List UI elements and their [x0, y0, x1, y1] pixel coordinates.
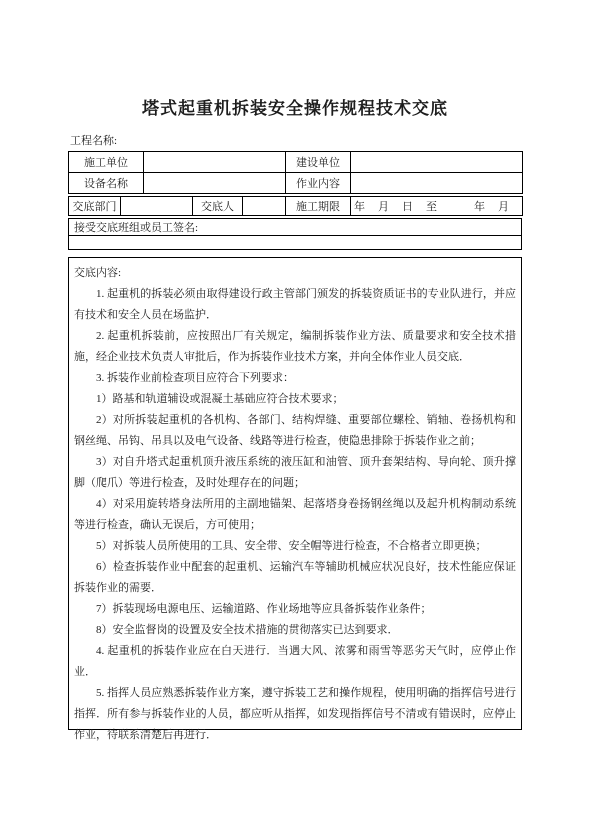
client-unit-field — [351, 152, 523, 173]
equipment-name-field — [144, 173, 286, 194]
discloser-label: 交底人 — [193, 197, 243, 216]
client-unit-label: 建设单位 — [286, 152, 351, 173]
document-title: 塔式起重机拆装安全操作规程技术交底 — [0, 0, 590, 121]
content-paragraph: 3）对自升塔式起重机顶升液压系统的液压缸和油管、顶升套架结构、导向轮、顶升撑脚（… — [74, 452, 516, 494]
content-paragraph: 4）对采用旋转塔身法所用的主副地锚架、起落塔身卷扬钢丝绳以及起升机构制动系统等进… — [74, 494, 516, 536]
work-content-label: 作业内容 — [286, 173, 351, 194]
construction-period-value: 年 月 日 至 年 月 日 — [351, 197, 523, 216]
table-row: 设备名称 作业内容 — [69, 173, 523, 194]
discloser-field — [243, 197, 286, 216]
content-paragraph: 1. 起重机的拆装必须由取得建设行政主管部门颁发的拆装资质证书的专业队进行，并应… — [74, 284, 516, 326]
construction-period-label: 施工期限 — [286, 197, 351, 216]
construction-unit-field — [144, 152, 286, 173]
info-table: 施工单位 建设单位 设备名称 作业内容 — [68, 151, 523, 194]
project-name-label: 工程名称: — [70, 134, 522, 148]
work-content-field — [351, 173, 523, 194]
content-box: 交底内容: 1. 起重机的拆装必须由取得建设行政主管部门颁发的拆装资质证书的专业… — [68, 257, 522, 730]
construction-unit-label: 施工单位 — [69, 152, 144, 173]
document-page: 塔式起重机拆装安全操作规程技术交底 工程名称: 施工单位 建设单位 设备名称 作… — [0, 0, 590, 835]
content-paragraph: 5. 指挥人员应熟悉拆装作业方案，遵守拆装工艺和操作规程，使用明确的指挥信号进行… — [74, 683, 516, 746]
content-paragraph: 6）检查拆装作业中配套的起重机、运输汽车等辅助机械应状况良好，技术性能应保证拆装… — [74, 557, 516, 599]
content-paragraph: 4. 起重机的拆装作业应在白天进行．当遇大风、浓雾和雨雪等恶劣天气时，应停止作业… — [74, 641, 516, 683]
signature-label: 接受交底班组或员工签名: — [69, 219, 522, 236]
table-row — [69, 236, 522, 250]
content-paragraph: 1）路基和轨道辅设或混凝土基础应符合技术要求； — [74, 389, 516, 410]
content-paragraph: 2. 起重机拆装前，应按照出厂有关规定，编制拆装作业方法、质量要求和安全技术措施… — [74, 326, 516, 368]
content-paragraph: 2）对所拆装起重机的各机构、各部门、结构焊缝、重要部位螺栓、销轴、卷扬机构和钢丝… — [74, 410, 516, 452]
disclosure-info-table: 交底部门 交底人 施工期限 年 月 日 至 年 月 日 — [68, 196, 523, 216]
content-paragraph: 7）拆装现场电源电压、运输道路、作业场地等应具备拆装作业条件； — [74, 599, 516, 620]
content-paragraph: 3. 拆装作业前检查项目应符合下列要求： — [74, 368, 516, 389]
content-heading: 交底内容: — [74, 263, 516, 284]
equipment-name-label: 设备名称 — [69, 173, 144, 194]
table-row: 施工单位 建设单位 — [69, 152, 523, 173]
disclosure-dept-field — [121, 197, 193, 216]
disclosure-dept-label: 交底部门 — [69, 197, 121, 216]
content-paragraph: 8）安全监督岗的设置及安全技术措施的贯彻落实已达到要求． — [74, 620, 516, 641]
content-paragraph: 5）对拆装人员所使用的工具、安全带、安全帽等进行检查，不合格者立即更换； — [74, 536, 516, 557]
signature-field — [69, 236, 522, 250]
signature-table: 接受交底班组或员工签名: — [68, 218, 522, 250]
table-row: 接受交底班组或员工签名: — [69, 219, 522, 236]
table-row: 交底部门 交底人 施工期限 年 月 日 至 年 月 日 — [69, 197, 523, 216]
